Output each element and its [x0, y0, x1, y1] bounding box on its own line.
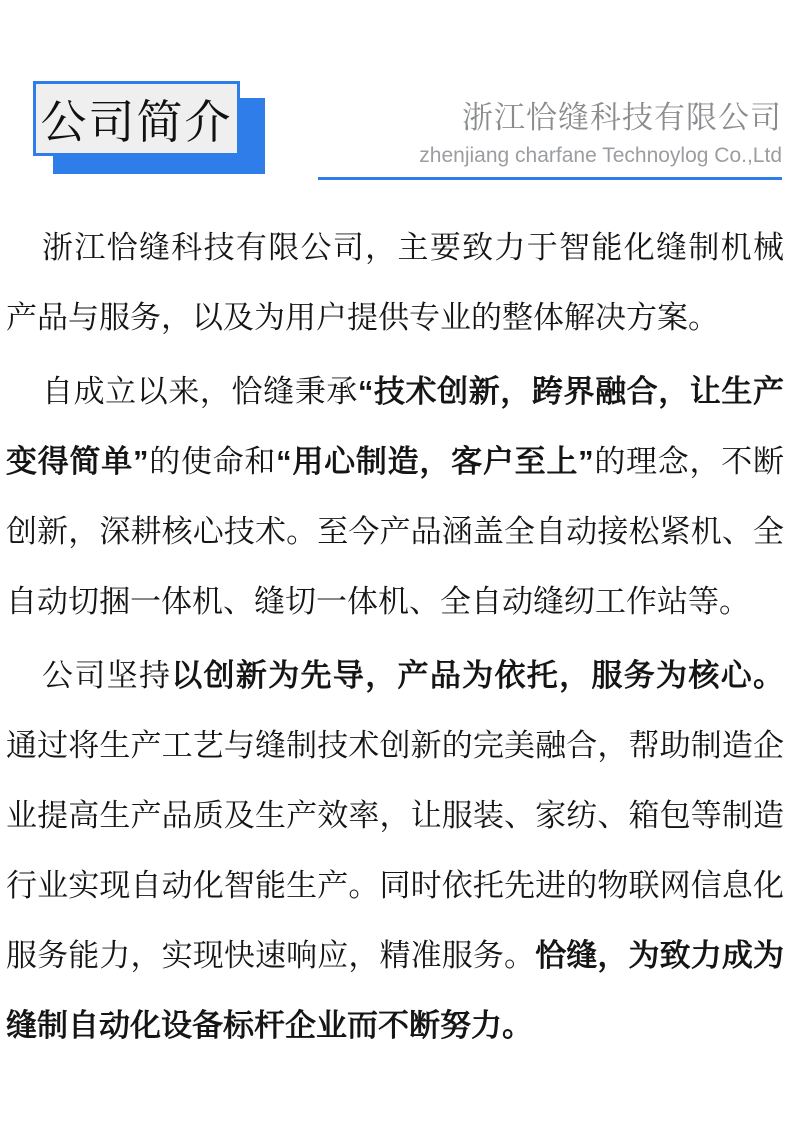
- text-segment: 公司坚持: [42, 658, 171, 693]
- company-name-cn: 浙江恰缝科技有限公司: [419, 100, 782, 136]
- text-segment: 通过将生产工艺与缝制技术创新的完美融合，帮助制造企业提高生产品质及生产效率，让服…: [6, 728, 784, 973]
- page-title-box: 公司简介: [33, 81, 240, 156]
- text-segment-bold: “用心制造，客户至上”: [276, 444, 593, 479]
- company-name-block: 浙江恰缝科技有限公司 zhenjiang charfane Technoylog…: [419, 100, 782, 168]
- text-segment-bold: 以创新为先导，产品为依托，服务为核心。: [171, 658, 784, 693]
- body-paragraph: 浙江恰缝科技有限公司，主要致力于智能化缝制机械产品与服务，以及为用户提供专业的整…: [6, 213, 784, 353]
- page-title: 公司简介: [41, 86, 233, 152]
- company-name-en: zhenjiang charfane Technoylog Co.,Ltd: [419, 144, 782, 168]
- header: 公司简介 浙江恰缝科技有限公司 zhenjiang charfane Techn…: [0, 0, 790, 180]
- company-intro-page: 公司简介 浙江恰缝科技有限公司 zhenjiang charfane Techn…: [0, 0, 790, 1134]
- text-segment: 的使命和: [148, 444, 276, 479]
- body-paragraph: 自成立以来，恰缝秉承“技术创新，跨界融合，让生产变得简单”的使命和“用心制造，客…: [6, 357, 784, 637]
- text-segment: 自成立以来，恰缝秉承: [42, 374, 358, 409]
- company-intro-text: 浙江恰缝科技有限公司，主要致力于智能化缝制机械产品与服务，以及为用户提供专业的整…: [0, 213, 790, 1061]
- text-segment: 浙江恰缝科技有限公司，主要致力于智能化缝制机械产品与服务，以及为用户提供专业的整…: [6, 230, 784, 335]
- body-paragraph: 公司坚持以创新为先导，产品为依托，服务为核心。通过将生产工艺与缝制技术创新的完美…: [6, 641, 784, 1061]
- header-underline: [318, 177, 782, 180]
